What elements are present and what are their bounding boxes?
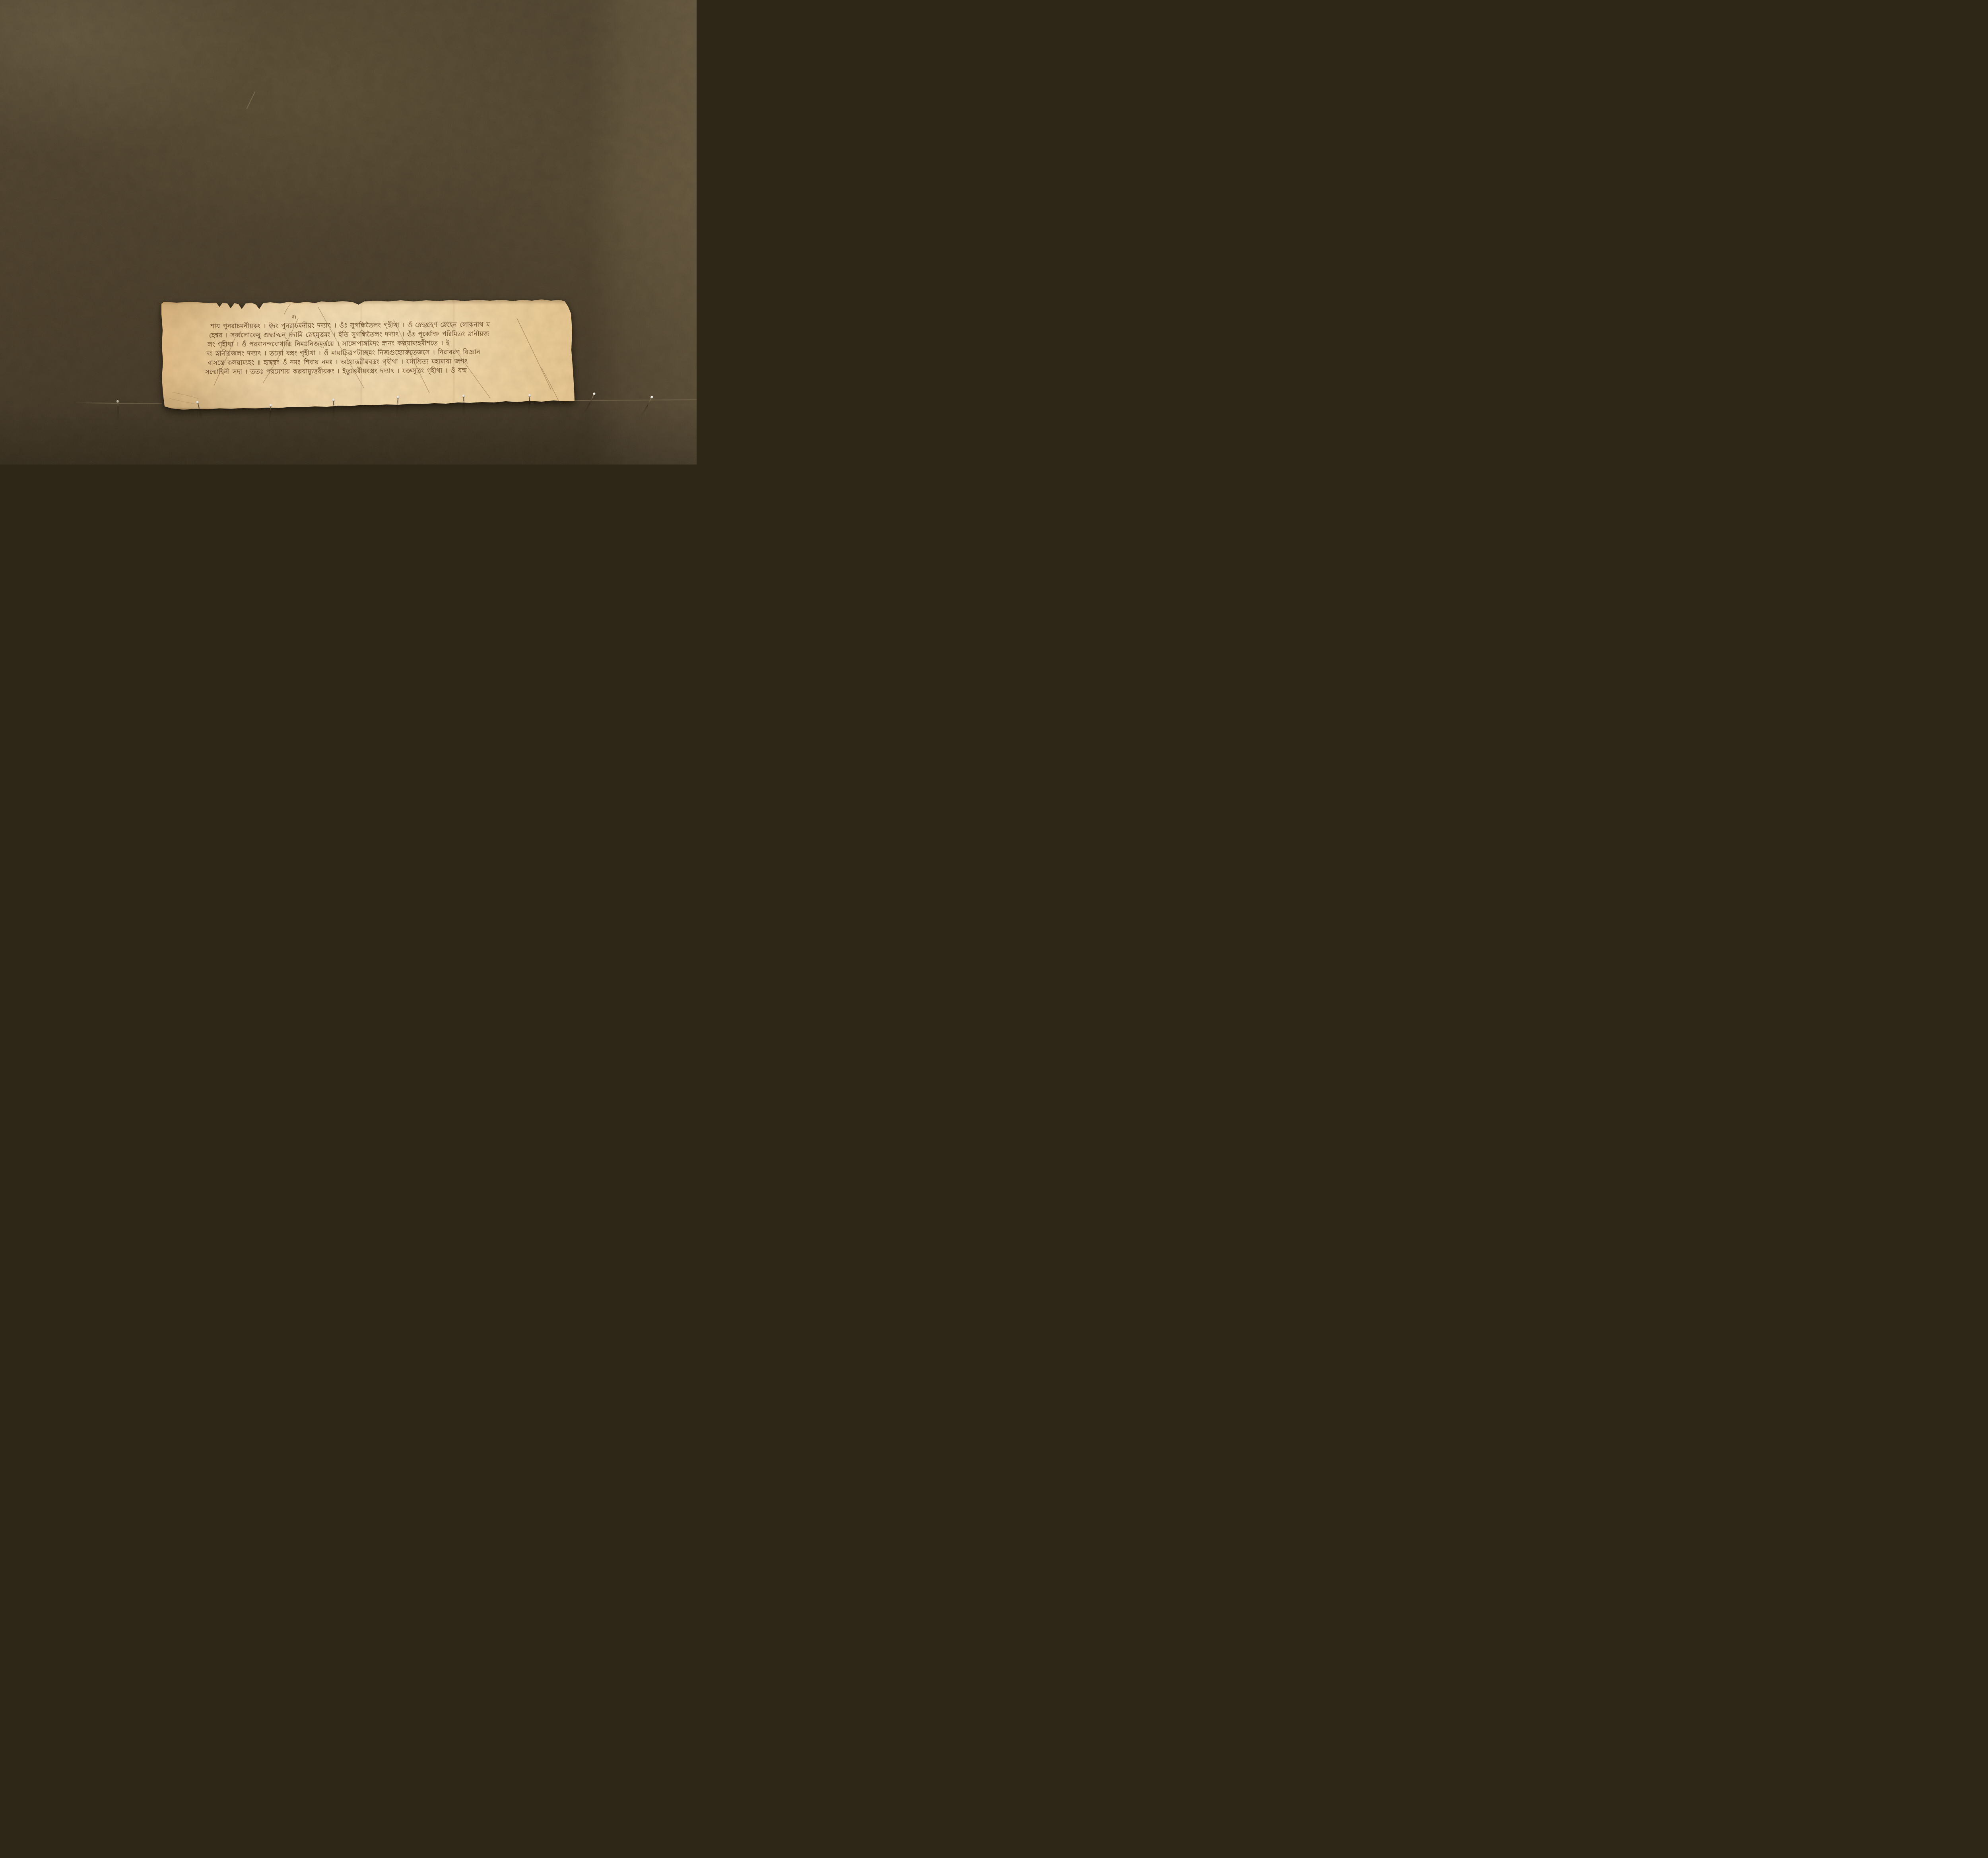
board-bottom-vignette bbox=[0, 405, 697, 464]
manuscript-text-block: শায পুনরাচমনীয়কং । ইদং পুনরাচমনীয়ং দদ্… bbox=[160, 297, 576, 413]
manuscript-line-2: হেশ্বর । সর্ব্বলোকেষু শুদ্ধাত্মন্ দদামি … bbox=[209, 329, 489, 339]
pin-shadow bbox=[464, 401, 464, 416]
photo-canvas: শায পুনরাচমনীয়কং । ইদং পুনরাচমনীয়ং দদ্… bbox=[0, 0, 697, 464]
insertion-sign: ) bbox=[294, 314, 297, 320]
manuscript-line-4: দং স্নানীয়জলং দদ্যাৎ । ততো বস্ত্রং গৃহী… bbox=[206, 348, 480, 358]
interlinear-insertion: ন) bbox=[291, 314, 297, 322]
manuscript-line-1: শায পুনরাচমনীয়কং । ইদং পুনরাচমনীয়ং দদ্… bbox=[210, 320, 490, 330]
board-light-band bbox=[587, 0, 697, 464]
manuscript-paper: শায পুনরাচমনীয়কং । ইদং পুনরাচমনীয়ং দদ্… bbox=[161, 298, 576, 412]
manuscript-line-5: বাসস্তে কলয়াম্যহং ॥ হৃদ্বস্ত্রং ওঁ নমঃ … bbox=[208, 357, 468, 367]
manuscript-line-3: লং গৃহীথা । ওঁ পরমানন্দবোধাব্ধি নিমগ্ননি… bbox=[208, 339, 449, 349]
paper-surface: শায পুনরাচমনীয়কং । ইদং পুনরাচমনীয়ং দদ্… bbox=[161, 298, 576, 412]
manuscript-line-6: সম্মোহিনী সদা । ততঃ পরমেশায় কল্পয়াম্যু… bbox=[205, 366, 467, 376]
